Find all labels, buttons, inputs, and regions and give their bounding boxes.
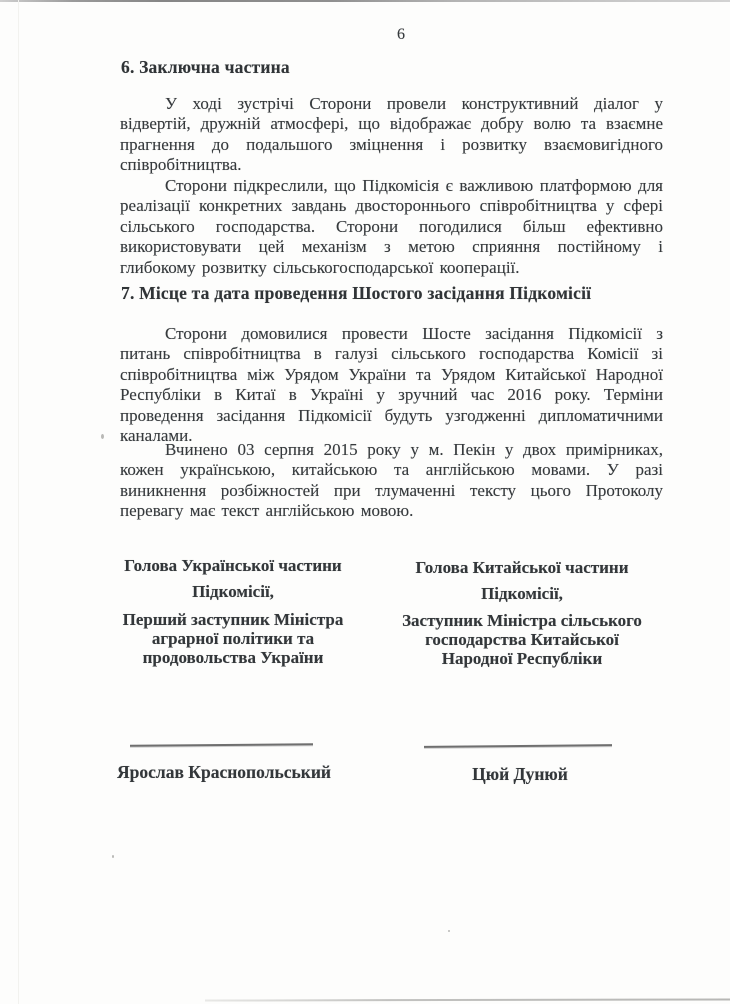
scan-crease-artifact [18,0,19,1004]
paragraph: У ході зустрічі Сторони провели конструк… [120,94,663,176]
scan-top-edge-artifact [0,0,730,2]
page-number: 6 [361,26,441,44]
signature-title-line: Голова Української частини [113,556,353,576]
scan-speck-artifact [101,434,104,439]
signature-title-line: продовольства України [113,648,353,667]
scanned-document-page: 6 6. Заключна частина У ході зустрічі Ст… [0,0,730,1004]
signatory-name-china: Цюй Дунюй [420,764,620,785]
signature-title-line: Перший заступник Міністра [113,610,353,629]
paragraph: Вчинено 03 серпня 2015 року у м. Пекін у… [120,440,663,522]
signatory-name-ukraine: Ярослав Краснопольський [114,762,334,783]
paragraph: Сторони підкреслили, що Підкомісія є важ… [120,176,663,278]
signature-block-china: Голова Китайської частини Підкомісії, За… [402,558,642,668]
scan-speck-artifact [112,855,114,858]
signature-title-line: Підкомісії, [402,584,642,604]
signature-title-line: Голова Китайської частини [402,558,642,578]
signature-title-line: господарства Китайської [402,630,642,649]
signature-line-ukraine [130,743,313,746]
section-heading-6: 6. Заключна частина [121,57,664,78]
section-heading-7: 7. Місце та дата проведення Шостого засі… [121,283,664,304]
signature-title-line: Підкомісії, [113,582,353,602]
signature-line-china [424,744,612,747]
scan-speck-artifact [448,930,450,932]
signature-block-ukraine: Голова Української частини Підкомісії, П… [113,556,353,667]
scan-bottom-edge-artifact [205,998,730,1001]
signature-title-line: Заступник Міністра сільського [402,611,642,630]
signature-title-line: Народної Республіки [402,649,642,668]
signature-title-line: аграрної політики та [113,629,353,648]
paragraph: Сторони домовилися провести Шосте засіда… [120,324,663,446]
